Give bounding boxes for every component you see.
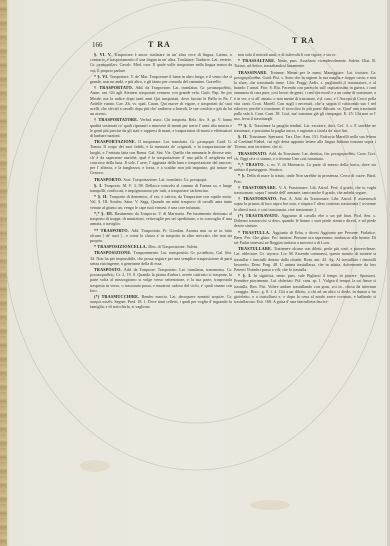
paper-stain — [250, 500, 290, 510]
running-head-right: T RA — [292, 36, 315, 45]
dictionary-entry: † TRASTORNARE. V. A. Frastornare. Lib. A… — [234, 185, 376, 195]
dictionary-entry: † TRASTORNATO. Part. A. Add. da Trastorn… — [234, 196, 376, 212]
scanned-page: 166 T RA T RA §. VI. V. Trasportare è an… — [0, 0, 390, 546]
entry-definition: Trassinare. Spersarsi. Tarr. Dav. Ann. 1… — [234, 134, 376, 149]
dictionary-entry: * TRASPOSIZIONCELLA. Dim. di Trasposizio… — [90, 244, 232, 249]
dictionary-entry: §. II. Trassinare. Spersarsi. Tarr. Dav.… — [234, 134, 376, 150]
dictionary-entry: ** §. I. Trassinare la pauglia tendini. … — [234, 123, 376, 133]
dictionary-entry: TRASPOSTO. Add. da Trasporre. Trasportat… — [90, 267, 232, 293]
left-column: §. VI. V. Trasportare è ancor traslatare… — [90, 52, 232, 402]
dictionary-entry: TRASSINATO. Add. da Trassinare. Lat. det… — [234, 151, 376, 161]
dictionary-entry: TRASPORTAZIONE. Il trasportare. Lat. tra… — [90, 139, 232, 175]
entry-definition: non solo il metodi sauti, e di infievoli… — [238, 52, 337, 57]
dictionary-entry: (*) TRASMUCCHIRE. Render marcio. Lat. de… — [90, 294, 232, 310]
paper-stain — [80, 460, 110, 472]
running-head-left: T RA — [148, 40, 171, 49]
dictionary-entry: † TRASPORTATORE. Verbal. masc. Chi trasp… — [90, 117, 232, 138]
dictionary-entry: * TRASTULLA. Aggiunto di Erba, e dicesi … — [234, 230, 376, 246]
entry-definition: Trainare, Menar per le mani, Maneggiare.… — [234, 70, 376, 122]
dictionary-entry: §. I. Trasporto. M. F. 3, 98. Dellacce t… — [90, 183, 232, 193]
dictionary-entry: * §. I. In significa, neutr. pass. vale … — [234, 273, 376, 304]
dictionary-entry: * §. VI. Trasportare. V. de' Mar. Traspo… — [90, 74, 232, 84]
right-column: non solo il metodi sauti, e di infievoli… — [234, 52, 376, 392]
entry-headword: * TRASPOSIZIONCELLA. — [94, 244, 148, 249]
dictionary-entry: TRASSINARE. Trainare, Menar per le mani,… — [234, 70, 376, 122]
entry-definition: Trasportare. V. de' Mar. Trasportare il … — [90, 74, 232, 84]
dictionary-entry: ** TRASPORTO. Add. Trasportato. Pr. Gior… — [90, 228, 232, 244]
entry-headword: TRASPORTO. — [94, 177, 124, 182]
dictionary-entry: non solo il metodi sauti, e di infievoli… — [234, 52, 376, 57]
dictionary-entry: *,* §. III. Bastimento da Trasporto. V. … — [90, 211, 232, 227]
dictionary-entry: * §. II. Trasporto di domenico, d' era, … — [90, 194, 232, 210]
page-number: 166 — [92, 41, 103, 49]
entry-definition: Sost. Trasportazione. Lat. translatio. G… — [124, 177, 208, 182]
entry-definition: Della di mare lo trasto, onde Non sarebb… — [234, 173, 376, 183]
dictionary-entry: * TRASSALTARE. Neutr. pass. Assaltarsi v… — [234, 58, 376, 68]
dictionary-entry: *,* TRASTO. s. m. V. di Marinaria. La pa… — [234, 162, 376, 172]
entry-definition: Il trasportare. Lat. translatio. Gr. μετ… — [90, 139, 232, 175]
dictionary-entry: TRASPORTO. Sost. Trasportazione. Lat. tr… — [90, 177, 232, 182]
entry-definition: Trasporto. M. F. 3, 98. Dellacce trascel… — [90, 183, 232, 193]
entry-definition: Trasporto di domenico, d' era, e cattiva… — [90, 194, 232, 209]
entry-definition: In significa, neutr. pass. vale Pigliars… — [234, 273, 376, 304]
dictionary-entry: TRASTULLARE. Trattenere alcuno con dilet… — [234, 246, 376, 272]
dictionary-entry: * §. Della di mare lo trasto, onde Non s… — [234, 173, 376, 183]
dictionary-entry: TRASPOSIZIONE. Trasponimento. Lat. trans… — [90, 250, 232, 266]
entry-definition: Add. da Trasportare. Lat. translatus. Gr… — [90, 85, 232, 116]
entry-definition: Trassinare la pauglia tendini. Lat. excu… — [234, 123, 376, 133]
dictionary-entry: † TRASPORTATO. Add. da Trasportare. Lat.… — [90, 85, 232, 116]
dictionary-entry: (*) TRASTRAVATO. Aggiunto di cavallo ehe… — [234, 213, 376, 229]
entry-definition: Dim. di Trasposizione. Salvin. — [148, 244, 198, 249]
dictionary-entry: §. VI. V. Trasportare è ancor traslatare… — [90, 52, 232, 73]
